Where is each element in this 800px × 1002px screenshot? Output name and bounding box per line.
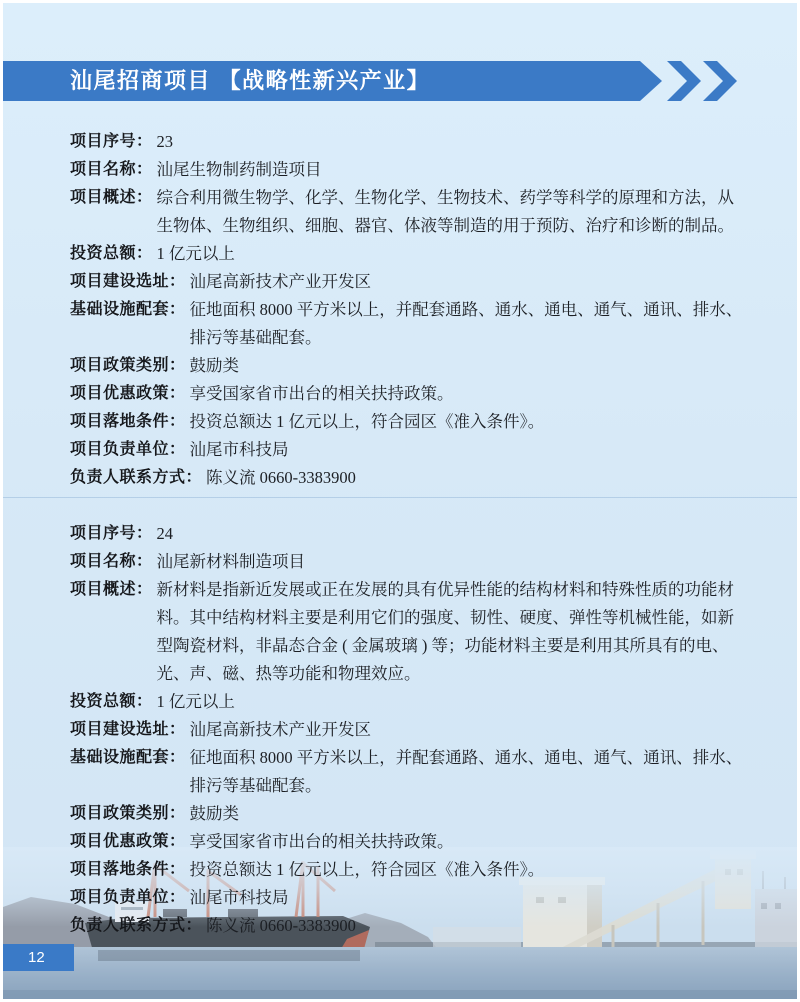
project-field-row: 项目名称： 汕尾生物制药制造项目 [70, 156, 748, 184]
project-list: 项目序号： 23 项目名称： 汕尾生物制药制造项目 项目概述： 综合利用微生物学… [70, 128, 748, 940]
field-label: 负责人联系方式： [70, 464, 202, 492]
project-field-row: 投资总额： 1 亿元以上 [70, 240, 748, 268]
project-field-row: 项目政策类别： 鼓励类 [70, 800, 748, 828]
page-title: 汕尾招商项目 【战略性新兴产业】 [70, 65, 670, 97]
field-value: 鼓励类 [190, 352, 748, 380]
field-label: 项目序号： [70, 128, 153, 156]
field-value: 汕尾生物制药制造项目 [157, 156, 748, 184]
field-label: 投资总额： [70, 240, 153, 268]
project-field-row: 项目名称： 汕尾新材料制造项目 [70, 548, 748, 576]
field-value: 23 [157, 128, 748, 156]
field-label: 项目优惠政策： [70, 828, 186, 856]
project-field-row: 负责人联系方式： 陈义流 0660-3383900 [70, 464, 748, 492]
field-label: 项目名称： [70, 156, 153, 184]
project-field-row: 项目优惠政策： 享受国家省市出台的相关扶持政策。 [70, 828, 748, 856]
field-value: 投资总额达 1 亿元以上，符合园区《准入条件》。 [190, 856, 748, 884]
field-label: 项目负责单位： [70, 884, 186, 912]
chevron-right-icon [703, 61, 737, 101]
field-label: 基础设施配套： [70, 296, 186, 324]
chevron-right-icon [667, 61, 701, 101]
field-value: 24 [157, 520, 748, 548]
field-value: 新材料是指新近发展或正在发展的具有优异性能的结构材料和特殊性质的功能材料。其中结… [157, 576, 748, 688]
project-field-row: 项目落地条件： 投资总额达 1 亿元以上，符合园区《准入条件》。 [70, 408, 748, 436]
field-label: 投资总额： [70, 688, 153, 716]
field-value: 享受国家省市出台的相关扶持政策。 [190, 380, 748, 408]
project-field-row: 项目序号： 24 [70, 520, 748, 548]
field-value: 陈义流 0660-3383900 [206, 464, 748, 492]
field-value: 1 亿元以上 [157, 688, 748, 716]
field-value: 陈义流 0660-3383900 [206, 912, 748, 940]
project-field-row: 项目建设选址： 汕尾高新技术产业开发区 [70, 268, 748, 296]
field-label: 项目政策类别： [70, 352, 186, 380]
field-value: 汕尾新材料制造项目 [157, 548, 748, 576]
field-value: 1 亿元以上 [157, 240, 748, 268]
field-label: 项目落地条件： [70, 408, 186, 436]
project-field-row: 基础设施配套： 征地面积 8000 平方米以上，并配套通路、通水、通电、通气、通… [70, 296, 748, 352]
project-field-row: 基础设施配套： 征地面积 8000 平方米以上，并配套通路、通水、通电、通气、通… [70, 744, 748, 800]
field-value: 征地面积 8000 平方米以上，并配套通路、通水、通电、通气、通讯、排水、排污等… [190, 296, 748, 352]
project-field-row: 项目政策类别： 鼓励类 [70, 352, 748, 380]
field-value: 征地面积 8000 平方米以上，并配套通路、通水、通电、通气、通讯、排水、排污等… [190, 744, 748, 800]
page-content-area: 汕尾招商项目 【战略性新兴产业】 项目序号： 23 项目名称： 汕尾生物制药制造… [3, 3, 797, 999]
field-label: 项目序号： [70, 520, 153, 548]
field-label: 项目建设选址： [70, 268, 186, 296]
field-value: 汕尾高新技术产业开发区 [190, 268, 748, 296]
field-value: 鼓励类 [190, 800, 748, 828]
project-field-row: 项目负责单位： 汕尾市科技局 [70, 436, 748, 464]
page-number-text: 12 [28, 949, 45, 966]
field-label: 项目概述： [70, 184, 153, 212]
field-value: 汕尾高新技术产业开发区 [190, 716, 748, 744]
project-field-row: 项目负责单位： 汕尾市科技局 [70, 884, 748, 912]
field-value: 享受国家省市出台的相关扶持政策。 [190, 828, 748, 856]
project-field-row: 项目序号： 23 [70, 128, 748, 156]
field-value: 汕尾市科技局 [190, 436, 748, 464]
field-label: 项目政策类别： [70, 800, 186, 828]
field-label: 项目优惠政策： [70, 380, 186, 408]
field-value: 汕尾市科技局 [190, 884, 748, 912]
field-label: 项目落地条件： [70, 856, 186, 884]
field-value: 综合利用微生物学、化学、生物化学、生物技术、药学等科学的原理和方法，从生物体、生… [157, 184, 748, 240]
project-field-row: 投资总额： 1 亿元以上 [70, 688, 748, 716]
field-label: 项目负责单位： [70, 436, 186, 464]
project-block-24: 项目序号： 24 项目名称： 汕尾新材料制造项目 项目概述： 新材料是指新近发展… [70, 520, 748, 940]
field-label: 项目建设选址： [70, 716, 186, 744]
project-field-row: 项目概述： 综合利用微生物学、化学、生物化学、生物技术、药学等科学的原理和方法，… [70, 184, 748, 240]
project-field-row: 负责人联系方式： 陈义流 0660-3383900 [70, 912, 748, 940]
page-number-badge: 12 [3, 944, 74, 971]
field-label: 项目名称： [70, 548, 153, 576]
document-page: 汕尾招商项目 【战略性新兴产业】 项目序号： 23 项目名称： 汕尾生物制药制造… [0, 0, 800, 1002]
field-value: 投资总额达 1 亿元以上，符合园区《准入条件》。 [190, 408, 748, 436]
project-field-row: 项目优惠政策： 享受国家省市出台的相关扶持政策。 [70, 380, 748, 408]
project-field-row: 项目建设选址： 汕尾高新技术产业开发区 [70, 716, 748, 744]
field-label: 基础设施配套： [70, 744, 186, 772]
field-label: 负责人联系方式： [70, 912, 202, 940]
project-field-row: 项目概述： 新材料是指新近发展或正在发展的具有优异性能的结构材料和特殊性质的功能… [70, 576, 748, 688]
project-block-23: 项目序号： 23 项目名称： 汕尾生物制药制造项目 项目概述： 综合利用微生物学… [70, 128, 748, 492]
project-field-row: 项目落地条件： 投资总额达 1 亿元以上，符合园区《准入条件》。 [70, 856, 748, 884]
field-label: 项目概述： [70, 576, 153, 604]
